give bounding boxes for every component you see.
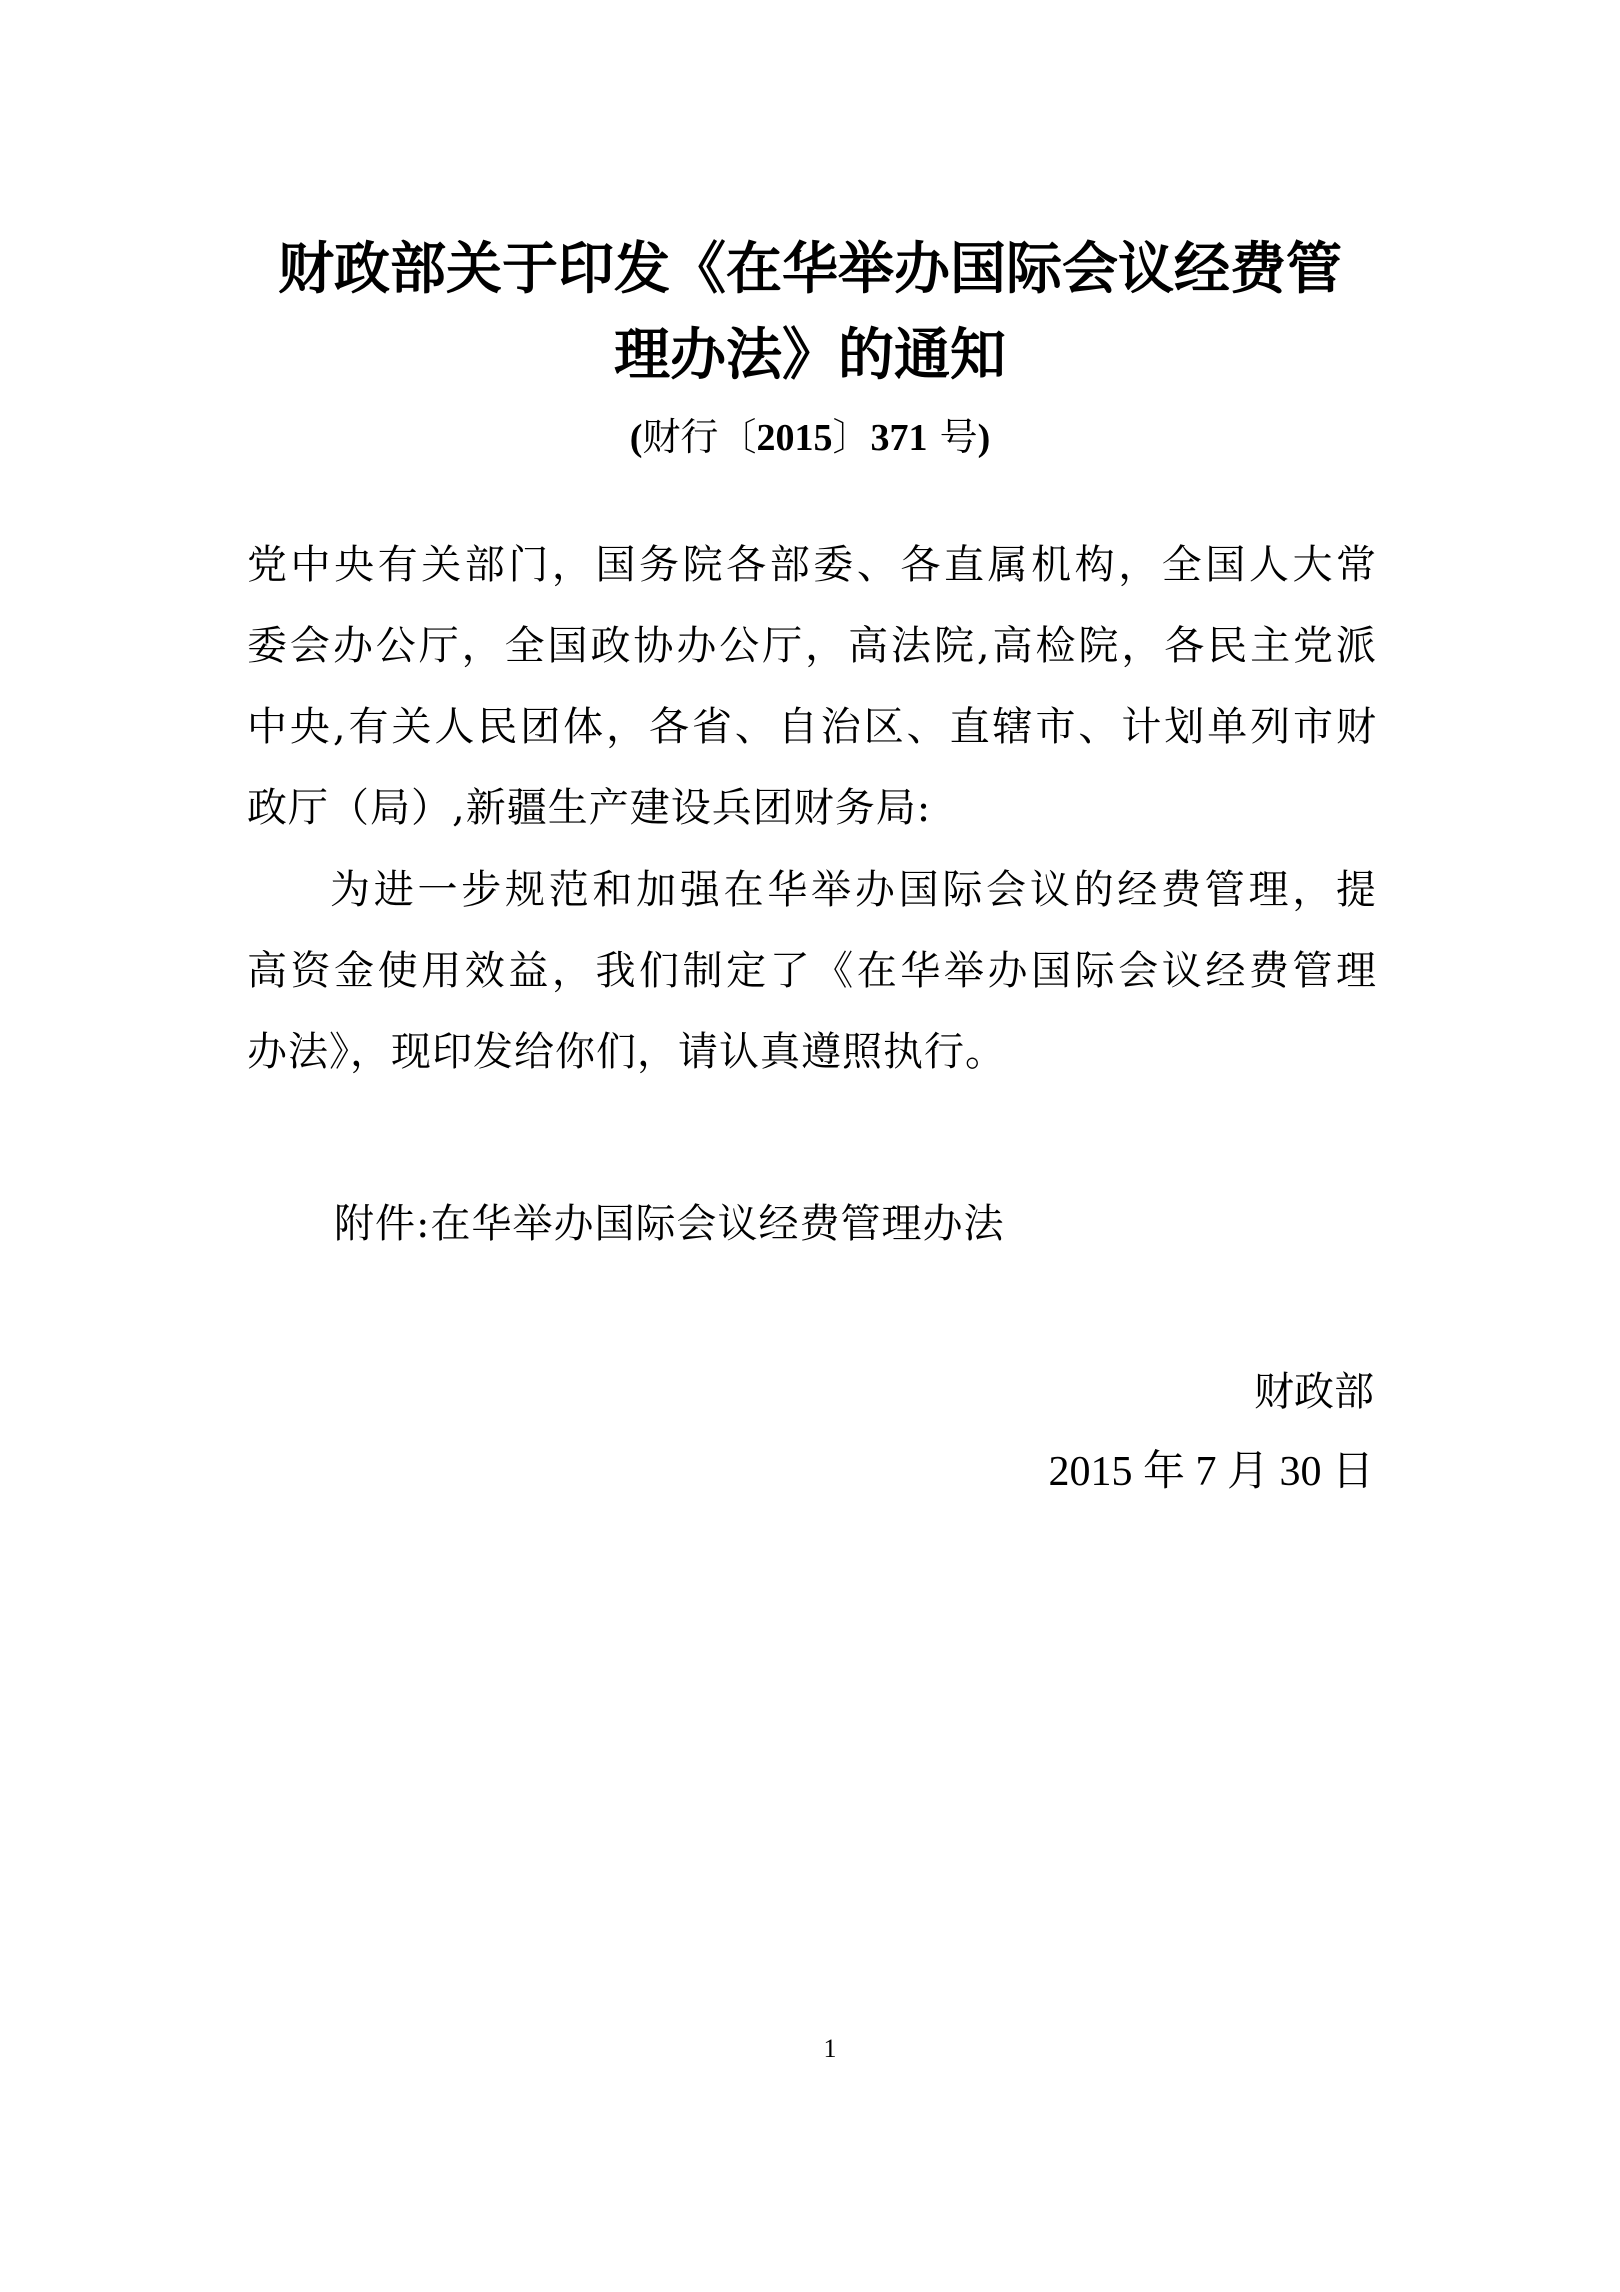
issue-date: 2015 年 7 月 30 日 bbox=[1048, 1448, 1374, 1496]
body-paragraph-line: 高资金使用效益，我们制定了《在华举办国际会议经费管理 bbox=[247, 947, 1377, 995]
document-page: 财政部关于印发《在华举办国际会议经费管 理办法》的通知 (财行〔2015〕371… bbox=[0, 0, 1620, 2292]
body-paragraph-line: 办法》，现印发给你们，请认真遵照执行。 bbox=[247, 1028, 1377, 1076]
body-paragraph-line: 为进一步规范和加强在华举办国际会议的经费管理，提 bbox=[330, 866, 1377, 914]
addressee-line: 政厅（局）,新疆生产建设兵团财务局: bbox=[247, 784, 1377, 832]
document-number: (财行〔2015〕371 号) bbox=[200, 415, 1420, 460]
doc-number-close-paren: ) bbox=[978, 417, 991, 459]
doc-number-year: 2015 bbox=[756, 417, 832, 459]
doc-number-bracket-close: 〕 bbox=[832, 415, 870, 459]
attachment-line: 附件:在华举办国际会议经费管理办法 bbox=[334, 1200, 1464, 1248]
doc-number-open-paren: ( bbox=[630, 417, 643, 459]
signature: 财政部 bbox=[1254, 1368, 1374, 1416]
addressee-line: 委会办公厅，全国政协办公厅，高法院,高检院，各民主党派 bbox=[247, 622, 1377, 670]
addressee-line: 党中央有关部门，国务院各部委、各直属机构，全国人大常 bbox=[247, 541, 1377, 589]
addressee-line: 中央,有关人民团体，各省、自治区、直辖市、计划单列市财 bbox=[247, 703, 1377, 751]
doc-number-hao: 号 bbox=[940, 415, 978, 459]
doc-number-issuer: 财行 bbox=[642, 415, 718, 459]
document-title-line-1: 财政部关于印发《在华举办国际会议经费管 bbox=[200, 240, 1420, 300]
document-title-line-2: 理办法》的通知 bbox=[200, 326, 1420, 386]
doc-number-value: 371 bbox=[870, 417, 927, 459]
doc-number-bracket-open: 〔 bbox=[718, 415, 756, 459]
page-number: 1 bbox=[800, 2034, 860, 2064]
